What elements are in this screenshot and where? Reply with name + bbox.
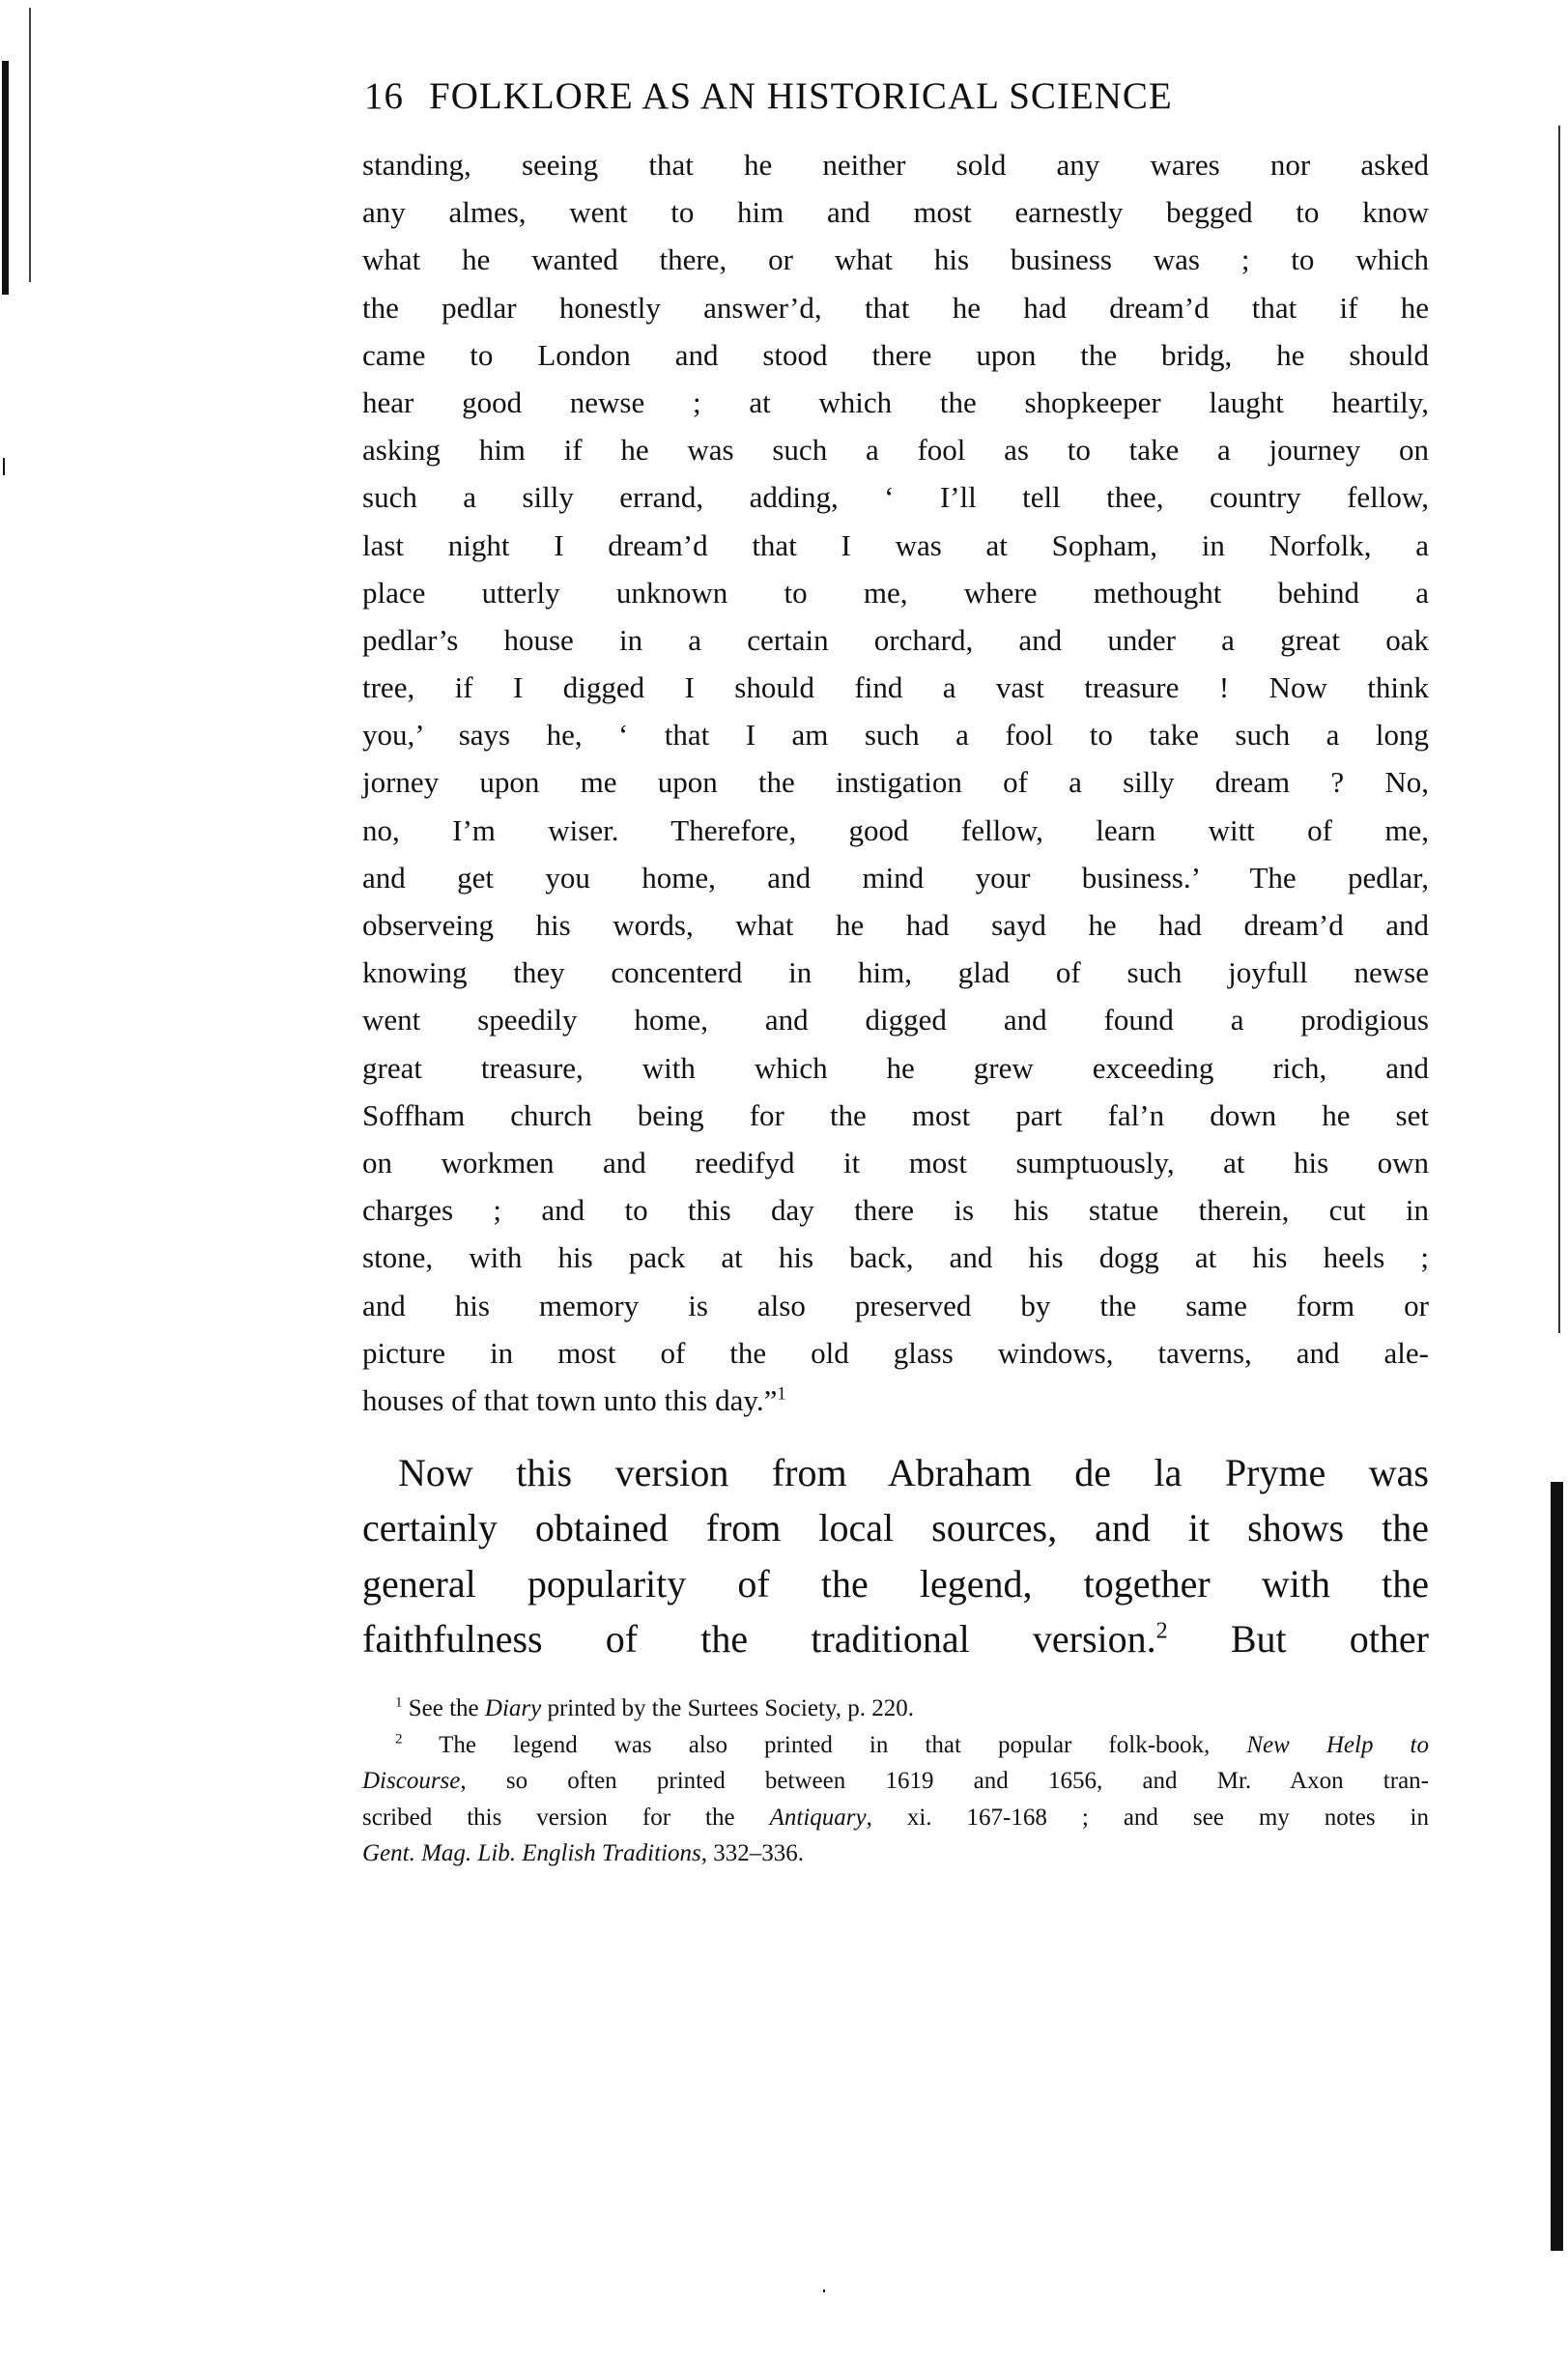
footnote-title: Discourse <box>362 1768 460 1794</box>
footnote-1: 1 See the Diary printed by the Surtees S… <box>362 1691 1429 1727</box>
footnote-text: printed by the Surtees Society, p. 220. <box>541 1695 914 1721</box>
scan-edge-left-tick <box>3 458 5 475</box>
body-paragraph: Now this version from Abraham de la Prym… <box>362 1445 1429 1667</box>
footnote-title: New Help to <box>1246 1732 1429 1758</box>
scan-edge-right-thin <box>1558 126 1560 1333</box>
text-line: picture in most of the old glass windows… <box>362 1329 1429 1377</box>
footnote-marker: 2 <box>395 1731 403 1747</box>
footnote-title: Antiquary <box>770 1805 867 1831</box>
text-line: hear good newse ; at which the shopkeepe… <box>362 379 1429 426</box>
text-line: any almes, went to him and most earnestl… <box>362 188 1429 236</box>
text-line: observeing his words, what he had sayd h… <box>362 901 1429 949</box>
text-line: great treasure, with which he grew excee… <box>362 1044 1429 1092</box>
text-line: jorney upon me upon the instigation of a… <box>362 758 1429 806</box>
text-line: asking him if he was such a fool as to t… <box>362 426 1429 473</box>
paragraph-line: certainly obtained from local sources, a… <box>362 1500 1429 1555</box>
paragraph-line: general popularity of the legend, togeth… <box>362 1556 1429 1611</box>
paragraph-line: Now this version from Abraham de la Prym… <box>362 1445 1429 1500</box>
footnote-text: See the <box>409 1695 485 1721</box>
footnote-marker: 1 <box>395 1695 403 1711</box>
text-line: stone, with his pack at his back, and hi… <box>362 1234 1429 1281</box>
running-head: 16FOLKLORE AS AN HISTORICAL SCIENCE <box>364 75 1340 118</box>
text-line: and his memory is also preserved by the … <box>362 1282 1429 1329</box>
footnote-text: scribed this version for the <box>362 1805 770 1831</box>
footnote-text: The legend was also printed in that popu… <box>439 1732 1246 1758</box>
footnote-title: Diary <box>485 1695 541 1721</box>
text-line: such a silly errand, adding, ‘ I’ll tell… <box>362 473 1429 521</box>
text-line: charges ; and to this day there is his s… <box>362 1186 1429 1234</box>
paragraph-line-content: faithfulness of the traditional version. <box>362 1617 1156 1661</box>
text-line: you,’ says he, ‘ that I am such a fool t… <box>362 711 1429 758</box>
footnote-text: , so often printed between 1619 and 1656… <box>460 1768 1429 1794</box>
text-line: no, I’m wiser. Therefore, good fellow, l… <box>362 807 1429 854</box>
scan-speck <box>823 2289 825 2292</box>
text-line: what he wanted there, or what his busine… <box>362 236 1429 283</box>
footnote-2-line: Discourse, so often printed between 1619… <box>362 1763 1429 1800</box>
text-line: standing, seeing that he neither sold an… <box>362 141 1429 188</box>
page-number: 16 <box>364 75 404 117</box>
text-line: came to London and stood there upon the … <box>362 331 1429 379</box>
text-line: went speedily home, and digged and found… <box>362 996 1429 1043</box>
scan-edge-right-thick <box>1551 1482 1563 2251</box>
text-line: on workmen and reedifyd it most sumptuou… <box>362 1139 1429 1186</box>
text-line: tree, if I digged I should find a vast t… <box>362 664 1429 711</box>
paragraph-line-tail: But other <box>1231 1617 1429 1661</box>
text-line: knowing they concenterd in him, glad of … <box>362 949 1429 996</box>
scan-edge-left-thin <box>29 8 31 282</box>
footnote-text: , xi. 167-168 ; and see my notes in <box>867 1805 1429 1831</box>
text-line: pedlar’s house in a certain orchard, and… <box>362 616 1429 664</box>
footnote-2-line: 2 The legend was also printed in that po… <box>362 1727 1429 1764</box>
text-line-content: houses of that town unto this day.” <box>362 1383 777 1417</box>
quoted-legend-text: standing, seeing that he neither sold an… <box>362 141 1429 1424</box>
footnote-ref-1[interactable]: 1 <box>777 1384 785 1405</box>
text-line: Soffham church being for the most part f… <box>362 1092 1429 1139</box>
text-line: the pedlar honestly answer’d, that he ha… <box>362 284 1429 331</box>
text-line: last night I dream’d that I was at Sopha… <box>362 522 1429 569</box>
text-line: houses of that town unto this day.”1 <box>362 1377 1429 1424</box>
footnote-2-line: Gent. Mag. Lib. English Traditions, 332–… <box>362 1835 1429 1872</box>
paragraph-line: faithfulness of the traditional version.… <box>362 1611 1429 1666</box>
text-line: place utterly unknown to me, where metho… <box>362 569 1429 616</box>
footnote-title: Gent. Mag. Lib. English Traditions <box>362 1840 701 1866</box>
scan-edge-left-thick <box>2 61 9 295</box>
footnotes: 1 See the Diary printed by the Surtees S… <box>362 1691 1429 1872</box>
footnote-2-line: scribed this version for the Antiquary, … <box>362 1800 1429 1836</box>
text-line: and get you home, and mind your business… <box>362 854 1429 901</box>
footnote-ref-2[interactable]: 2 <box>1156 1619 1168 1644</box>
running-title: FOLKLORE AS AN HISTORICAL SCIENCE <box>429 75 1173 117</box>
footnote-text: , 332–336. <box>701 1840 804 1866</box>
